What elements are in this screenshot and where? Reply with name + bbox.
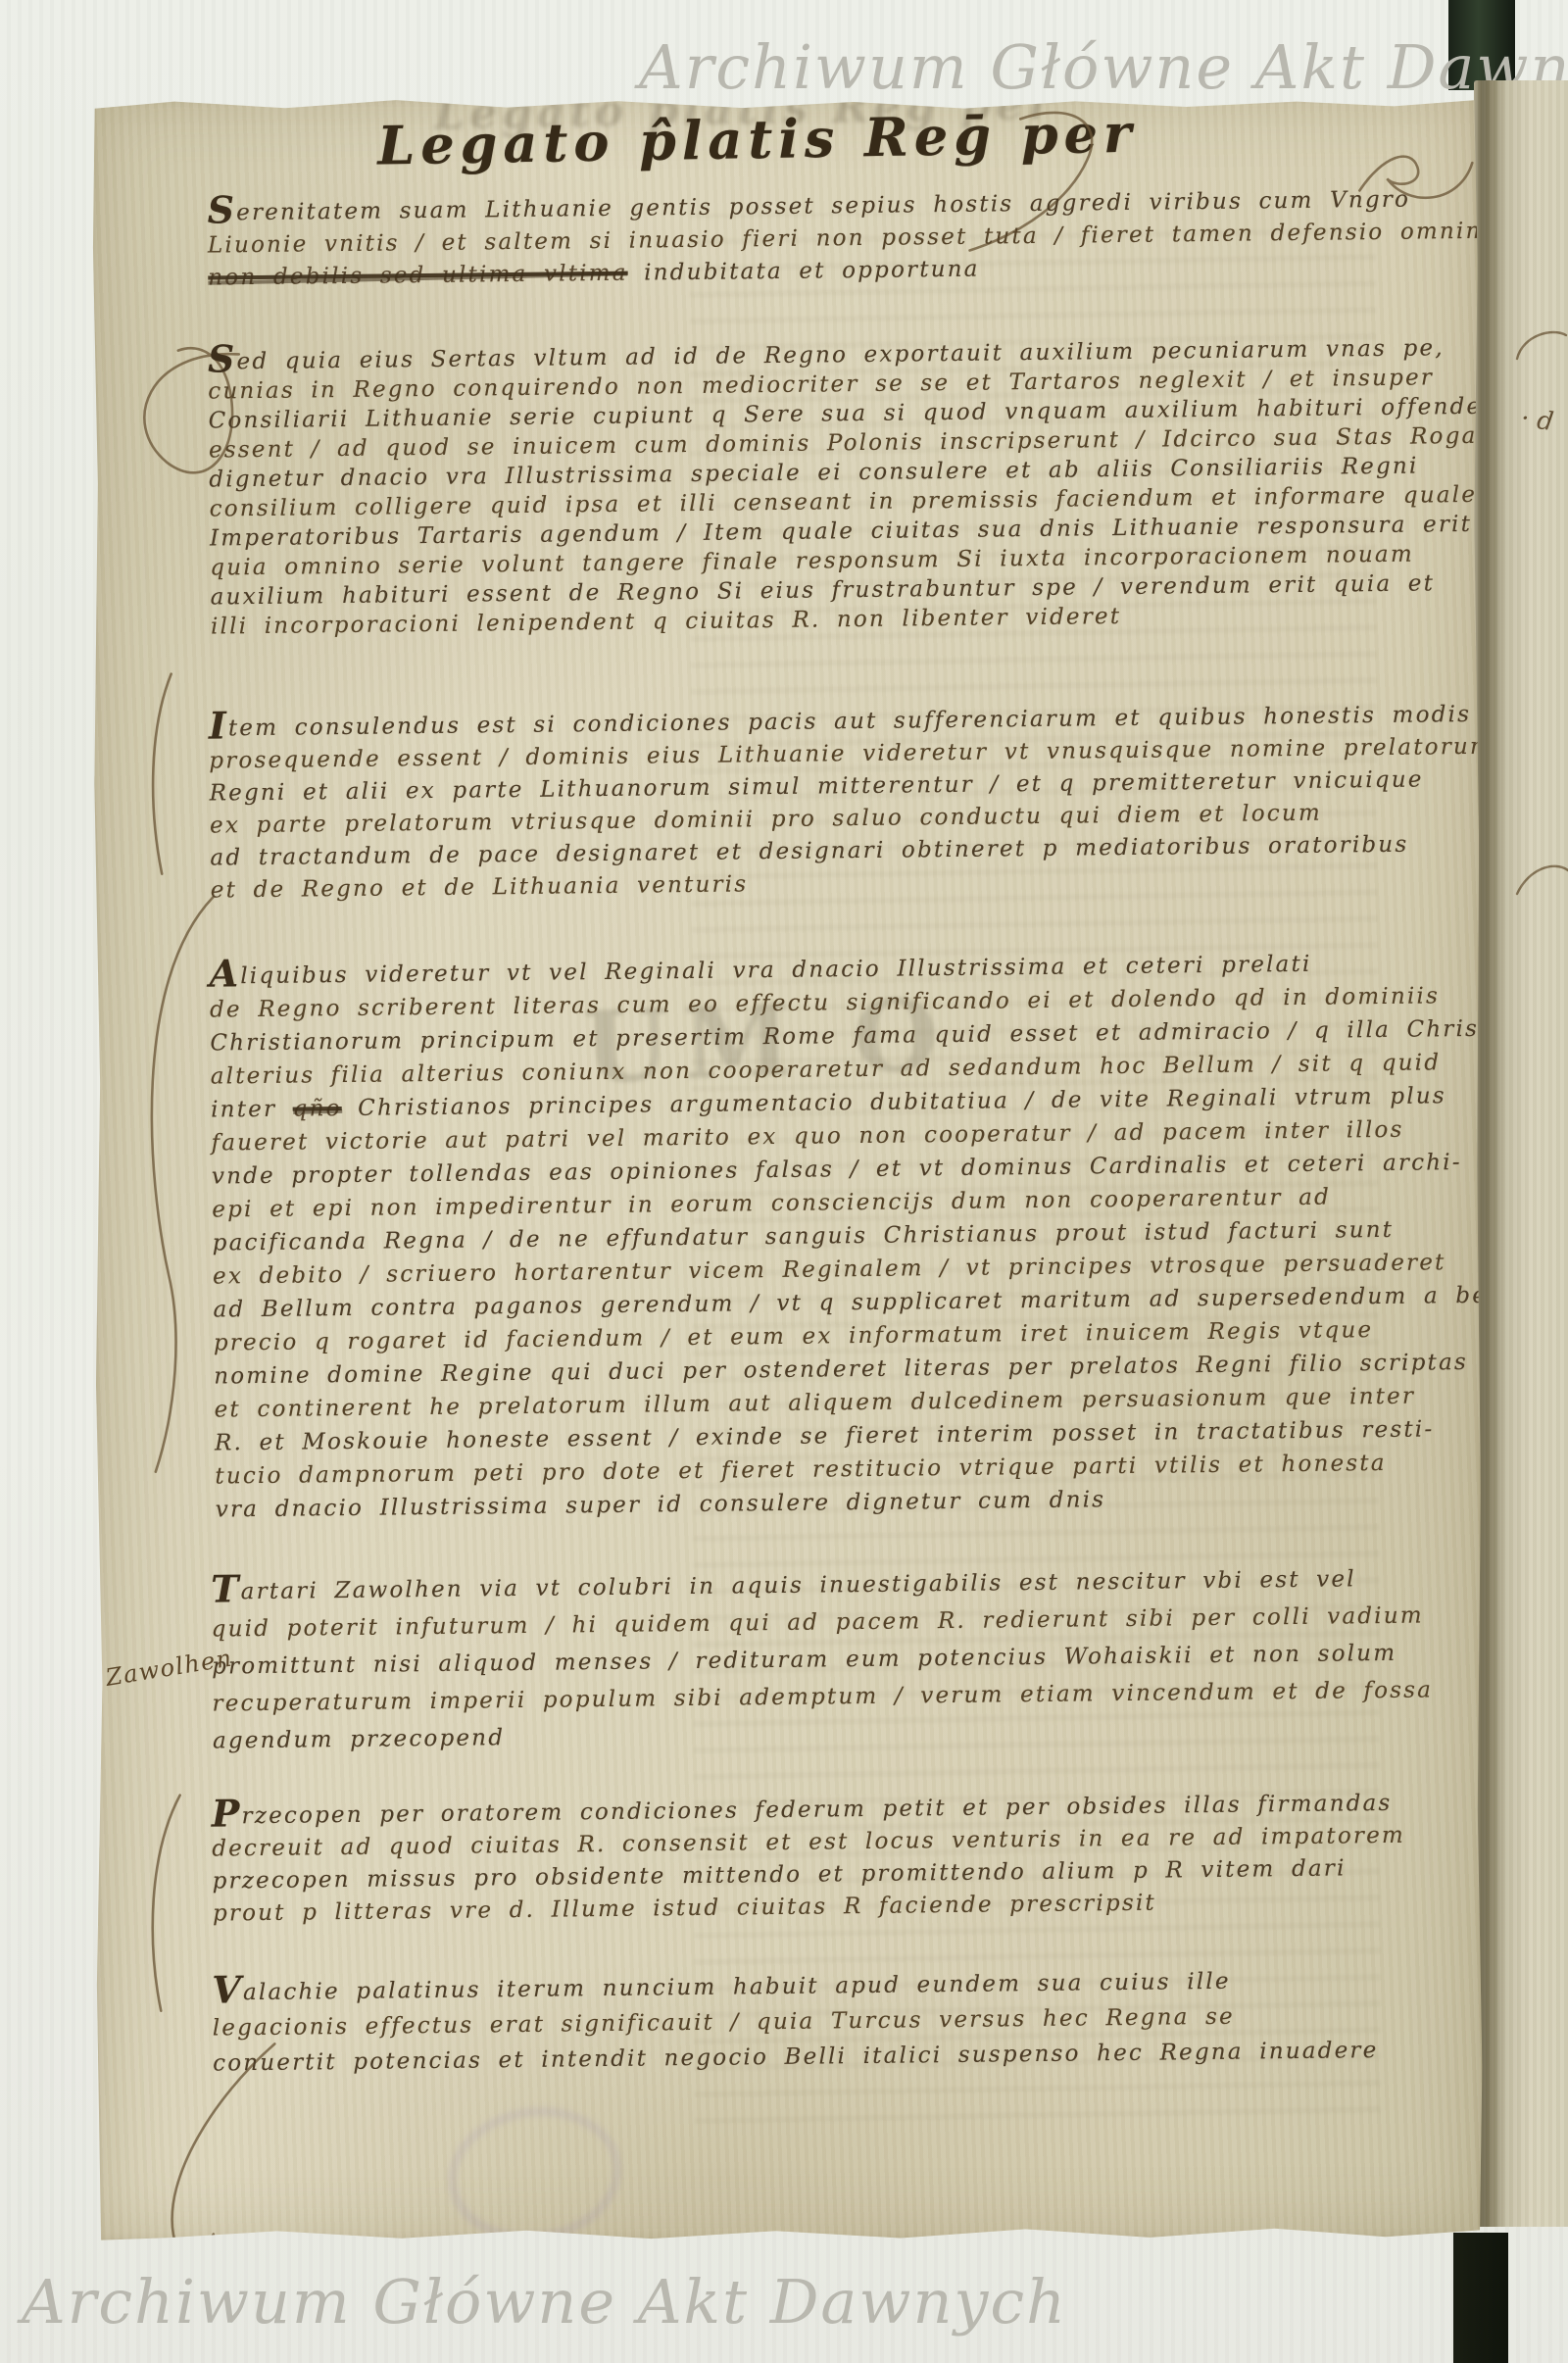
initial-capital: A [209, 951, 240, 995]
initial-capital: P [212, 1791, 242, 1835]
archive-scan-page: Archiwum Główne Akt Dawnych Archiwum Głó… [0, 0, 1568, 2363]
stamp-ghost [439, 2096, 630, 2253]
struck-text: non debilis sed ultima vltima [208, 261, 628, 291]
initial-p-descender [152, 1796, 180, 2011]
initial-capital: S [208, 336, 237, 380]
facing-page-edge: · d [1474, 80, 1568, 2227]
pen-flourish [1515, 857, 1568, 900]
manuscript-title: Legato p̂latis Reḡ per [377, 102, 1138, 177]
manuscript-paragraph: Serenitatem suam Lithuanie gentis posset… [207, 183, 1498, 295]
manuscript-paragraph: Przecopen per oratorem condiciones feder… [212, 1788, 1406, 1931]
manuscript-paragraph: Valachie palatinus iterum nuncium habuit… [212, 1962, 1379, 2081]
initial-i-descender [153, 674, 171, 874]
initial-capital: V [212, 1967, 243, 2011]
struck-text: qño [293, 1096, 342, 1122]
pen-flourish [1513, 325, 1568, 365]
initial-capital: S [207, 187, 236, 231]
manuscript-leaf: UM O Legato p̂latis Reḡ per Legato p̂lat… [91, 94, 1483, 2242]
initial-capital: T [211, 1566, 241, 1610]
manuscript-paragraph: Item consulendus est si condiciones paci… [209, 699, 1495, 908]
initial-capital: I [209, 703, 228, 747]
facing-page-ink-mark: · d [1519, 404, 1555, 437]
initial-descender-long [151, 898, 215, 1472]
archive-watermark-top: Archiwum Główne Akt Dawnych [639, 31, 1568, 103]
manuscript-paragraph: Aliquibus videretur vt vel Reginali vra … [209, 945, 1552, 1526]
manuscript-paragraph: Tartari Zawolhen via vt colubri in aquis… [211, 1559, 1434, 1759]
archive-watermark-bottom: Archiwum Główne Akt Dawnych [22, 2266, 1067, 2338]
binding-strip-bottom [1453, 2233, 1508, 2363]
manuscript-paragraph: Sed quia eius Sertas vltum ad id de Regn… [208, 332, 1549, 641]
